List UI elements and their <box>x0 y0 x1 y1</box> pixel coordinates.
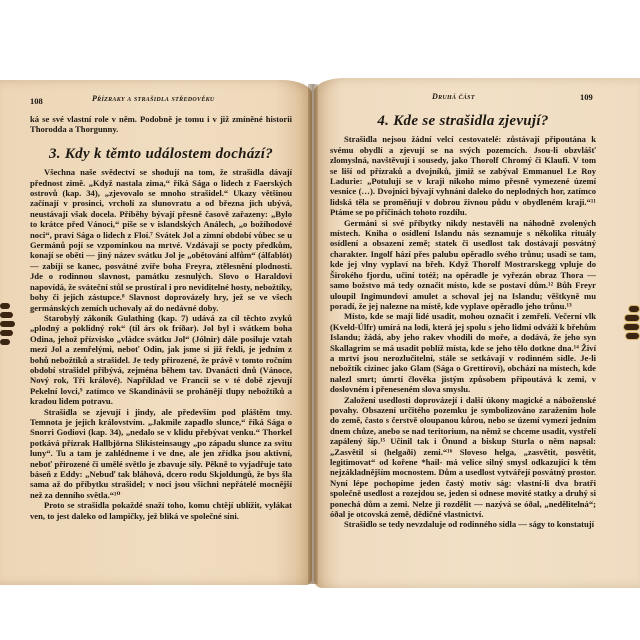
page-number-right: 109 <box>580 92 593 102</box>
page-number-left: 108 <box>30 96 43 106</box>
paragraph: Germáni si své příbytky nikdy nestavěli … <box>330 218 596 312</box>
right-page: Druhá část 109 4. Kde se strašidla zjevu… <box>314 78 640 588</box>
paragraph: Všechna naše svědectví se shodují na tom… <box>30 167 292 313</box>
paragraph: Založení usedlosti doprovázejí i další ú… <box>330 395 596 520</box>
paragraph: Starobylý zákoník Gulathing (kap. 7) udá… <box>30 313 292 407</box>
paragraph: Místo, kde se mají lidé usadit, mohou oz… <box>330 311 596 394</box>
paragraph: Strašidlo se tedy nevzdaluje od rodinnéh… <box>330 519 596 529</box>
book-spine-gutter <box>308 84 318 584</box>
paragraph: Proto se strašidla pokaždé snaží toho, k… <box>30 500 292 521</box>
paragraph: Strašidla se zjevují i jindy, ale předev… <box>30 407 292 501</box>
running-header-left: Přízraky a strašidla středověku <box>92 94 262 103</box>
running-header-right: Druhá část <box>432 92 475 101</box>
section-heading-right: 4. Kde se strašidla zjevují? <box>330 116 596 126</box>
open-book: 108 Přízraky a strašidla středověku ká s… <box>0 0 640 640</box>
left-page-body: ká se své vlastní role v něm. Podobně je… <box>30 114 292 521</box>
right-page-body: 4. Kde se strašidla zjevují? Strašidla n… <box>330 112 596 530</box>
continued-paragraph: ká se své vlastní role v něm. Podobně je… <box>30 114 292 135</box>
section-heading-left: 3. Kdy k těmto událostem dochází? <box>30 149 292 159</box>
paragraph: Strašidla nejsou žádní velcí cestovatelé… <box>330 134 596 217</box>
left-page: 108 Přízraky a strašidla středověku ká s… <box>0 80 312 585</box>
